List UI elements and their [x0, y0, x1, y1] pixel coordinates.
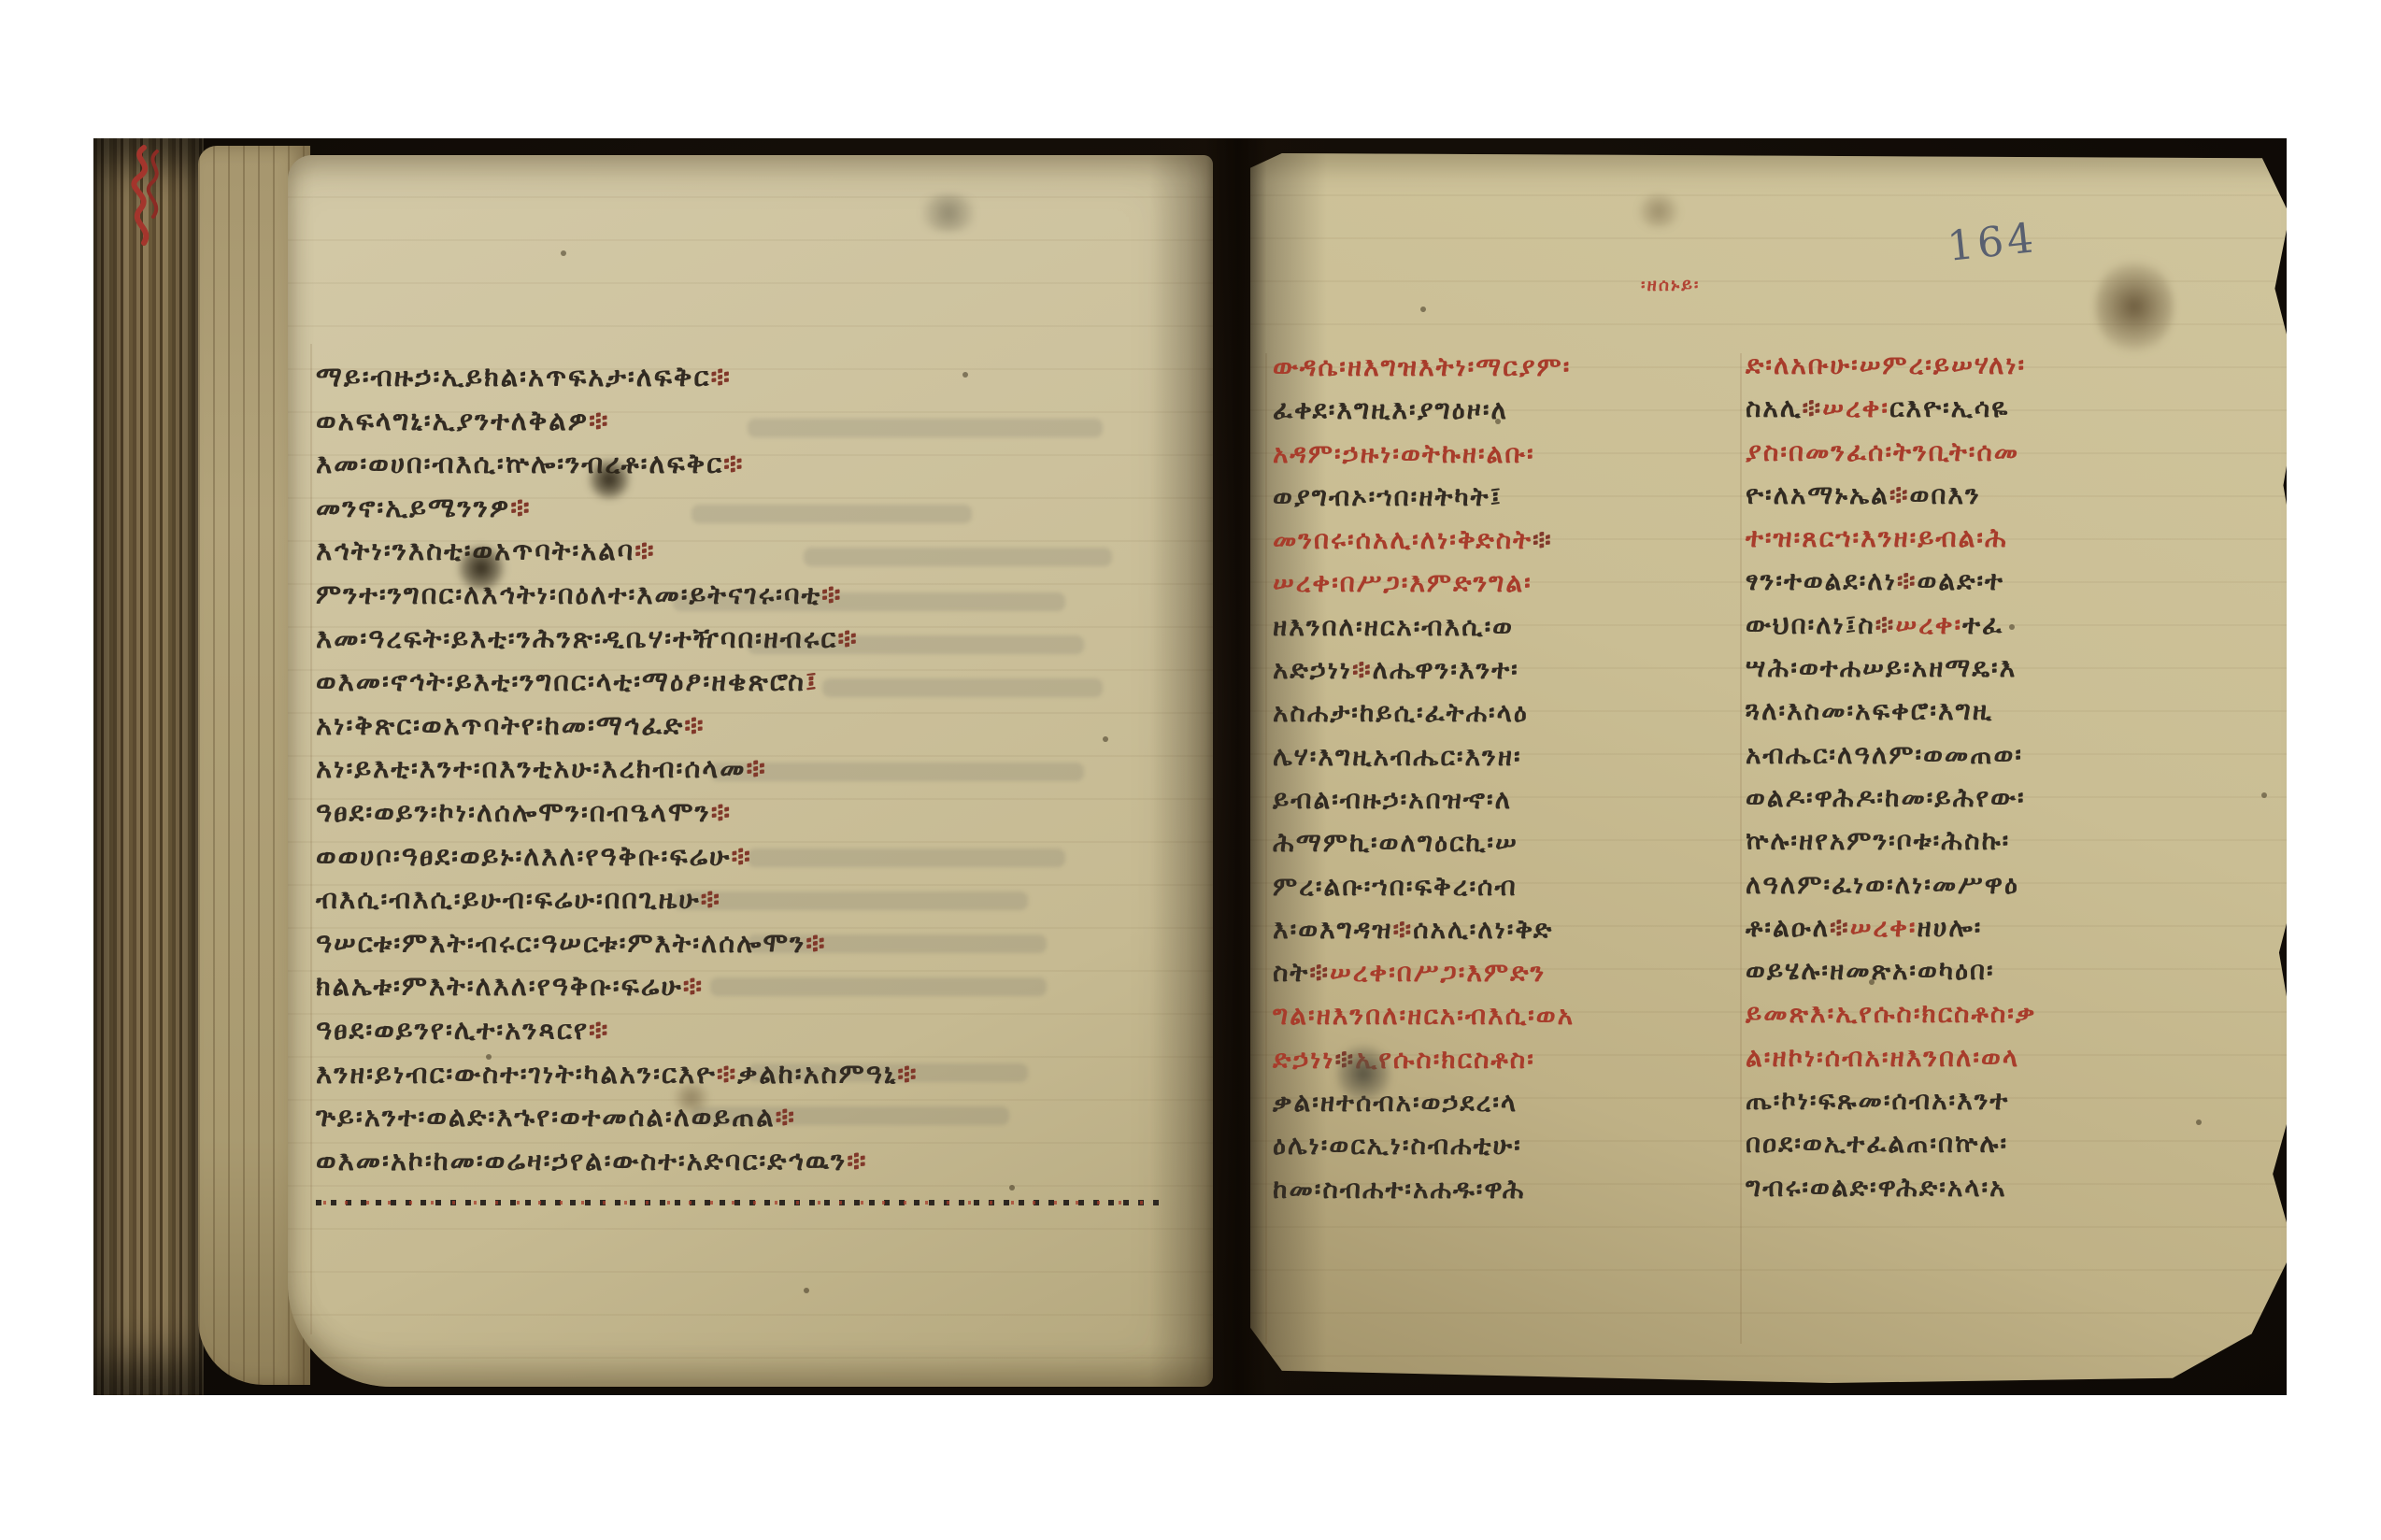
black-ink-segment: ከመ፡ስብሐተ፡አሐዱ፡ዋሕ	[1273, 1174, 1526, 1205]
red-ink-segment: ውዳሴ፡ዘእግዝእትነ፡ማርያም፡	[1273, 351, 1571, 382]
stain	[2095, 258, 2174, 355]
text-line: ፃን፡ተወልደ፡ለነ፨ወልድ፡ተ	[1746, 560, 2036, 603]
black-ink-segment: ወአፍላግኒ፡ኢያንተለቅልዎ	[316, 405, 589, 436]
dirt-speck	[2261, 792, 2267, 798]
black-ink-segment: ብእሲ፡ብእሲ፡ይሁብ፡ፍሬሁ፡በበጊዜሁ	[316, 883, 701, 915]
section-mark: ፨	[1889, 479, 1910, 510]
text-line: ለዓለም፡ፈነወ፡ለነ፡መሥዋዕ	[1746, 863, 2036, 906]
section-mark: ፨	[723, 448, 744, 479]
text-line: ግል፡ዘእንበለ፡ዘርአ፡ብእሲ፡ወአ	[1273, 994, 1575, 1037]
dirt-speck	[1420, 307, 1426, 312]
black-ink-segment: አድኃነነ	[1273, 654, 1352, 685]
text-line: ያስ፡በመንፈሰ፡ትንቢት፡ሰመ	[1746, 431, 2036, 474]
red-ink-segment: አዳም፡ኃዙነ፡ወትኩዘ፡ልቡ፡	[1273, 438, 1535, 469]
folio-number: 164	[1946, 214, 2040, 271]
red-ink-segment: ተ፡ዝ፡ጸርኀ፡እንዘ፡ይብል፡ሕ	[1746, 522, 2008, 553]
text-line: ወልዶ፡ዋሕዶ፡ከመ፡ይሕየው፡	[1746, 777, 2036, 820]
section-mark: ፨	[710, 361, 731, 392]
text-line: ወእመ፡ኖኅት፡ይእቲ፡ንግበር፡ላቲ፡ማዕፆ፡ዘቄጽሮስ፤	[316, 660, 919, 704]
stain	[673, 1082, 710, 1114]
section-mark: ፨	[711, 796, 732, 828]
black-ink-segment: ጓለ፡እስመ፡አፍቀሮ፡እግዚ	[1746, 695, 1993, 726]
black-ink-segment: ወያግብኦ፡ኀበ፡ዘትካት፤	[1273, 481, 1503, 512]
red-ink-segment: ድኃነነ	[1273, 1044, 1335, 1075]
black-ink-segment: ቃል፡ዘተሰብአ፡ወኃደረ፡ላ	[1273, 1087, 1518, 1118]
section-mark: ፨	[897, 1058, 918, 1090]
black-ink-segment: ክልኤቱ፡ምእት፡ለእለ፡የዓቅቡ፡ፍሬሁ	[316, 970, 683, 1002]
text-line: ወይሄሉ፡ዘመጽአ፡ወካዕበ፡	[1746, 949, 2036, 992]
red-ink-segment: ል፡ዘኮነ፡ሰብአ፡ዘእንበለ፡ወላ	[1746, 1042, 2019, 1073]
black-ink-segment: ዘእንበለ፡ዘርአ፡ብእሲ፡ወ	[1273, 611, 1514, 642]
black-ink-segment: ወወሀቦ፡ዓፀደ፡ወይኑ፡ለእለ፡የዓቅቡ፡ፍሬሁ	[316, 840, 731, 872]
text-line: ወእመ፡አኮ፡ከመ፡ወሬዛ፡ኃየል፡ውስተ፡አድባር፡ድኅዉን፨	[316, 1139, 919, 1183]
section-mark: ፨	[1533, 524, 1553, 555]
text-line: እንዘ፡ይነብር፡ውስተ፡ገነት፡ካልአን፡ርእዮ፨ቃልከ፡አስምዓኒ፨	[316, 1052, 919, 1096]
black-ink-segment: አስሐታ፡ከይሲ፡ፈትሐ፡ላዕ	[1273, 697, 1529, 728]
black-ink-segment: ለዓለም፡ፈነወ፡ለነ፡መሥዋዕ	[1746, 869, 2019, 900]
black-ink-segment: አነ፡ቅጽር፡ወአጥባትየ፡ከመ፡ማኅፈድ	[316, 709, 684, 741]
black-ink-segment: እመ፡ወሀበ፡ብእሲ፡ኵሎ፡ንብረቶ፡ለፍቅር	[316, 448, 723, 479]
dirt-speck	[804, 1288, 809, 1293]
dirt-speck	[2009, 624, 2015, 630]
section-mark: ፨	[776, 1101, 796, 1133]
right-page-column-1: ውዳሴ፡ዘእግዝእትነ፡ማርያም፡ፈቀደ፡እግዚእ፡ያግዕዞ፡ለአዳም፡ኃዙነ፡…	[1273, 346, 1575, 1211]
dirt-speck	[1869, 979, 1875, 985]
text-line: ይመጽእ፡ኢየሱስ፡ክርስቶስ፡ቃ	[1746, 992, 2036, 1035]
section-mark: ፨	[837, 622, 858, 654]
dirt-speck	[1009, 1185, 1015, 1191]
section-mark: ፨	[589, 405, 609, 436]
black-ink-segment: ዓፀደ፡ወይንየ፡ሊተ፡አንጻርየ	[316, 1014, 589, 1046]
black-ink-segment: ወእመ፡አኮ፡ከመ፡ወሬዛ፡ኃየል፡ውስተ፡አድባር፡ድኅዉን	[316, 1145, 847, 1176]
text-line: እኅትነ፡ንእስቲ፡ወአጥባት፡አልባ፨	[316, 529, 919, 573]
text-line: ዓሠርቱ፡ምእት፡ብሩር፡ዓሠርቱ፡ምእት፡ለሰሎሞን፨	[316, 921, 919, 965]
text-line: ሕማምኪ፡ወለግዕርኪ፡ሠ	[1273, 821, 1575, 864]
text-line: ስት፨ሠረቀ፡በሥጋ፡እምድን	[1273, 951, 1575, 994]
text-line: አዳም፡ኃዙነ፡ወትኩዘ፡ልቡ፡	[1273, 433, 1575, 476]
red-ink-segment: ሠረቀ፡በሥጋ፡እምድንግል፡	[1273, 567, 1533, 598]
text-line: አነ፡ቅጽር፡ወአጥባትየ፡ከመ፡ማኅፈድ፨	[316, 704, 919, 748]
text-line: በዐደ፡ወኢተፈልጠ፡በኵሉ፡	[1746, 1122, 2036, 1165]
dirt-speck	[1495, 419, 1501, 424]
text-line: ዮ፡ለአማኑኤል፨ወበእን	[1746, 474, 2036, 517]
text-line: ድኃነነ፨ኢየሱስ፡ክርስቶስ፡	[1273, 1038, 1575, 1081]
black-ink-segment: ቶ፡ልዑለ	[1746, 912, 1830, 943]
text-line: ጤ፡ኮነ፡ፍጹመ፡ሰብአ፡እንተ	[1746, 1079, 2036, 1122]
black-ink-segment: ሰአሊ፡ለነ፡ቅድ	[1413, 914, 1553, 945]
red-ink-segment: ሠረቀ፡በሥጋ፡እምድን	[1330, 957, 1546, 988]
text-line: ምረ፡ልቡ፡ኀበ፡ፍቅረ፡ሰብ	[1273, 865, 1575, 908]
black-ink-segment: ውህበ፡ለነ፤ስ	[1746, 609, 1875, 640]
dotted-divider-rule	[316, 1200, 1168, 1209]
section-mark: ፤	[806, 665, 819, 697]
text-line: ዕሌነ፡ወርኢነ፡ስብሐቲሁ፡	[1273, 1124, 1575, 1167]
section-mark: ፨	[1803, 392, 1823, 423]
black-ink-segment: ስት	[1273, 957, 1309, 988]
text-line: ሣሕ፡ወተሐሠይ፡አዘማዴ፡እ	[1746, 647, 2036, 690]
red-ink-segment: ሠረቀ፡	[1822, 392, 1889, 423]
black-ink-segment: አነ፡ይእቲ፡እንተ፡በእንቲአሁ፡እረክብ፡ሰላመ	[316, 752, 747, 784]
black-ink-segment: ወልዶ፡ዋሕዶ፡ከመ፡ይሕየው፡	[1746, 782, 2026, 813]
red-ink-segment: መንበሩ፡ሰአሊ፡ለነ፡ቅድስት	[1273, 524, 1533, 555]
text-line: መንበሩ፡ሰአሊ፡ለነ፡ቅድስት፨	[1273, 519, 1575, 562]
text-line: ውህበ፡ለነ፤ስ፨ሠረቀ፡ተፈ	[1746, 604, 2036, 647]
black-ink-segment: መንኖ፡ኢይሜንንዎ	[316, 492, 510, 523]
margin-guide-line	[1740, 353, 1742, 1344]
text-line: ግብሩ፡ወልድ፡ዋሕድ፡አላ፡አ	[1746, 1166, 2036, 1209]
section-mark: ፨	[1392, 914, 1413, 945]
black-ink-segment: ዓሠርቱ፡ምእት፡ብሩር፡ዓሠርቱ፡ምእት፡ለሰሎሞን	[316, 927, 806, 959]
red-ink-segment: ያስ፡በመንፈሰ፡ትንቢት፡ሰመ	[1746, 436, 2019, 467]
dirt-speck	[2196, 1119, 2202, 1125]
section-mark: ፨	[821, 578, 842, 610]
black-ink-segment: ዮ፡ለአማኑኤል	[1746, 479, 1889, 510]
black-ink-segment: ርእዮ፡ኢሳዬ	[1889, 392, 2009, 423]
dirt-speck	[561, 250, 566, 256]
section-mark: ፨	[510, 492, 531, 523]
section-mark: ፨	[634, 535, 655, 566]
red-ink-segment: ሠረቀ፡	[1895, 609, 1962, 640]
text-line: እመ፡ዓረፍት፡ይእቲ፡ንሕንጽ፡ዲቤሃ፡ተዥባበ፡ዘብሩር፨	[316, 617, 919, 661]
text-line: ምንተ፡ንግበር፡ለእኅትነ፡በዕለተ፡እመ፡ይትናገሩ፡ባቲ፨	[316, 573, 919, 617]
text-line: ይብል፡ብዙኃ፡አበዝኆ፡ለ	[1273, 778, 1575, 821]
black-ink-segment: ሕማምኪ፡ወለግዕርኪ፡ሠ	[1273, 827, 1518, 858]
black-ink-segment: እመ፡ዓረፍት፡ይእቲ፡ንሕንጽ፡ዲቤሃ፡ተዥባበ፡ዘብሩር	[316, 622, 837, 654]
black-ink-segment: ወበእን	[1909, 479, 1980, 510]
text-line: ፈቀደ፡እግዚእ፡ያግዕዞ፡ለ	[1273, 389, 1575, 432]
text-line: ል፡ዘኮነ፡ሰብአ፡ዘእንበለ፡ወላ	[1746, 1036, 2036, 1079]
stain	[916, 194, 981, 232]
text-line: ጓለ፡እስመ፡አፍቀሮ፡እግዚ	[1746, 690, 2036, 733]
black-ink-segment: ዕሌነ፡ወርኢነ፡ስብሐቲሁ፡	[1273, 1130, 1522, 1161]
black-ink-segment: ሌሃ፡እግዚአብሔር፡እንዘ፡	[1273, 741, 1522, 772]
manuscript-photo-page: 164 ፡ዘሰኑይ፡ ማይ፡ብዙኃ፡ኢይክል፡አጥፍአታ፡ለፍቅር፨ወአፍላግኒ…	[0, 0, 2381, 1540]
black-ink-segment: ፃን፡ተወልደ፡ለነ	[1746, 565, 1897, 596]
text-line: ብእሲ፡ብእሲ፡ይሁብ፡ፍሬሁ፡በበጊዜሁ፨	[316, 877, 919, 921]
dirt-speck	[486, 1054, 492, 1060]
running-title: ፡ዘሰኑይ፡	[1641, 275, 1700, 295]
section-mark: ፨	[683, 970, 704, 1002]
red-ink-segment: ግል፡ዘእንበለ፡ዘርአ፡ብእሲ፡ወአ	[1273, 1000, 1575, 1031]
black-ink-segment: ግብሩ፡ወልድ፡ዋሕድ፡አላ፡አ	[1746, 1172, 2007, 1203]
text-line: ወያግብኦ፡ኀበ፡ዘትካት፤	[1273, 476, 1575, 519]
black-ink-segment: ለሔዋን፡እንተ፡	[1373, 654, 1519, 685]
right-page-column-2: ድ፡ለአቡሁ፡ሠምረ፡ይሠሃለነ፡ስአሊ፨ሠረቀ፡ርእዮ፡ኢሳዬያስ፡በመንፈሰ…	[1746, 344, 2036, 1209]
black-ink-segment: እ፡ወእግዳዝ	[1273, 914, 1392, 945]
black-ink-segment: አብሔር፡ለዓለም፡ወመጠወ፡	[1746, 739, 2023, 770]
text-line: ቃል፡ዘተሰብአ፡ወኃደረ፡ላ	[1273, 1081, 1575, 1124]
black-ink-segment: ይብል፡ብዙኃ፡አበዝኆ፡ለ	[1273, 784, 1512, 815]
black-ink-segment: ማይ፡ብዙኃ፡ኢይክል፡አጥፍአታ፡ለፍቅር	[316, 361, 710, 392]
black-ink-segment: ተፈ	[1962, 609, 2003, 640]
book-leaf-edges	[93, 138, 204, 1395]
text-line: ከመ፡ስብሐተ፡አሐዱ፡ዋሕ	[1273, 1168, 1575, 1211]
black-ink-segment: ኵሉ፡ዘየአምን፡ቦቱ፡ሕስኩ፡	[1746, 825, 2010, 856]
stain	[1635, 194, 1682, 228]
section-mark: ፨	[1897, 565, 1918, 596]
section-mark: ፨	[1352, 654, 1373, 685]
text-line: ውዳሴ፡ዘእግዝእትነ፡ማርያም፡	[1273, 346, 1575, 389]
section-mark: ፨	[1309, 957, 1330, 988]
text-line: ሌሃ፡እግዚአብሔር፡እንዘ፡	[1273, 735, 1575, 778]
black-ink-segment: በዐደ፡ወኢተፈልጠ፡በኵሉ፡	[1746, 1128, 2008, 1159]
section-mark: ፨	[701, 883, 721, 915]
text-line: አብሔር፡ለዓለም፡ወመጠወ፡	[1746, 734, 2036, 777]
text-line: ዘእንበለ፡ዘርአ፡ብእሲ፡ወ	[1273, 606, 1575, 649]
section-mark: ፨	[806, 927, 826, 959]
black-ink-segment: ምረ፡ልቡ፡ኀበ፡ፍቅረ፡ሰብ	[1273, 871, 1518, 902]
divider-red-dots	[323, 1201, 1159, 1205]
text-line: ዓፀደ፡ወይን፡ኮነ፡ለሰሎሞን፡በብዔላሞን፨	[316, 791, 919, 834]
text-line: ወአፍላግኒ፡ኢያንተለቅልዎ፨	[316, 399, 919, 443]
black-ink-segment: ዘሀሎ፡	[1918, 912, 1983, 943]
black-ink-segment: እንዘ፡ይነብር፡ውስተ፡ገነት፡ካልአን፡ርእዮ	[316, 1058, 717, 1090]
section-mark: ፨	[1875, 609, 1896, 640]
black-ink-segment: ሣሕ፡ወተሐሠይ፡አዘማዴ፡እ	[1746, 652, 2017, 683]
text-line: ቶ፡ልዑለ፨ሠረቀ፡ዘሀሎ፡	[1746, 906, 2036, 949]
text-line: ጕይ፡አንተ፡ወልድ፡እኁየ፡ወተመሰል፡ለወይጠል፨	[316, 1095, 919, 1139]
black-ink-segment: ዓፀደ፡ወይን፡ኮነ፡ለሰሎሞን፡በብዔላሞን	[316, 796, 711, 828]
section-mark: ፨	[1830, 912, 1850, 943]
ink-smudge	[456, 546, 506, 591]
section-mark: ፨	[589, 1014, 609, 1046]
red-ink-segment: ሠረቀ፡	[1850, 912, 1918, 943]
black-ink-segment: ስአሊ	[1746, 392, 1803, 423]
text-line: አድኃነነ፨ለሔዋን፡እንተ፡	[1273, 649, 1575, 692]
section-mark: ፨	[731, 840, 751, 872]
red-ink-segment: ድ፡ለአቡሁ፡ሠምረ፡ይሠሃለነ፡	[1746, 349, 2026, 380]
text-line: ክልኤቱ፡ምእት፡ለእለ፡የዓቅቡ፡ፍሬሁ፨	[316, 964, 919, 1008]
margin-guide-line	[310, 344, 312, 1334]
red-binding-thread	[116, 142, 181, 264]
text-line: ተ፡ዝ፡ጸርኀ፡እንዘ፡ይብል፡ሕ	[1746, 517, 2036, 560]
black-ink-segment: ወልድ፡ተ	[1917, 565, 2003, 596]
black-ink-segment: ቃልከ፡አስምዓኒ	[737, 1058, 897, 1090]
dirt-speck	[962, 372, 968, 378]
text-line: ሠረቀ፡በሥጋ፡እምድንግል፡	[1273, 562, 1575, 605]
text-line: ድ፡ለአቡሁ፡ሠምረ፡ይሠሃለነ፡	[1746, 344, 2036, 387]
section-mark: ፨	[684, 709, 705, 741]
section-mark: ፨	[747, 752, 767, 784]
text-line: ማይ፡ብዙኃ፡ኢይክል፡አጥፍአታ፡ለፍቅር፨	[316, 355, 919, 399]
dirt-speck	[1103, 736, 1108, 742]
section-mark: ፨	[717, 1058, 737, 1090]
red-ink-segment: ይመጽእ፡ኢየሱስ፡ክርስቶስ፡ቃ	[1746, 998, 2036, 1029]
black-ink-segment: ፈቀደ፡እግዚእ፡ያግዕዞ፡ለ	[1273, 394, 1508, 425]
ink-smudge	[587, 460, 632, 499]
text-line: ኵሉ፡ዘየአምን፡ቦቱ፡ሕስኩ፡	[1746, 820, 2036, 863]
black-ink-segment: ወእመ፡ኖኅት፡ይእቲ፡ንግበር፡ላቲ፡ማዕፆ፡ዘቄጽሮስ	[316, 665, 806, 697]
text-line: እ፡ወእግዳዝ፨ሰአሊ፡ለነ፡ቅድ	[1273, 908, 1575, 951]
black-ink-segment: ምንተ፡ንግበር፡ለእኅትነ፡በዕለተ፡እመ፡ይትናገሩ፡ባቲ	[316, 578, 821, 610]
text-line: አነ፡ይእቲ፡እንተ፡በእንቲአሁ፡እረክብ፡ሰላመ፨	[316, 747, 919, 791]
black-ink-segment: ጤ፡ኮነ፡ፍጹመ፡ሰብአ፡እንተ	[1746, 1085, 2009, 1116]
photograph-background: 164 ፡ዘሰኑይ፡ ማይ፡ብዙኃ፡ኢይክል፡አጥፍአታ፡ለፍቅር፨ወአፍላግኒ…	[93, 138, 2287, 1395]
text-line: ወወሀቦ፡ዓፀደ፡ወይኑ፡ለእለ፡የዓቅቡ፡ፍሬሁ፨	[316, 834, 919, 878]
text-line: አስሐታ፡ከይሲ፡ፈትሐ፡ላዕ	[1273, 692, 1575, 734]
stain	[1336, 1043, 1390, 1105]
text-line: ዓፀደ፡ወይንየ፡ሊተ፡አንጻርየ፨	[316, 1008, 919, 1052]
section-mark: ፨	[847, 1145, 867, 1176]
text-line: ስአሊ፨ሠረቀ፡ርእዮ፡ኢሳዬ	[1746, 387, 2036, 430]
